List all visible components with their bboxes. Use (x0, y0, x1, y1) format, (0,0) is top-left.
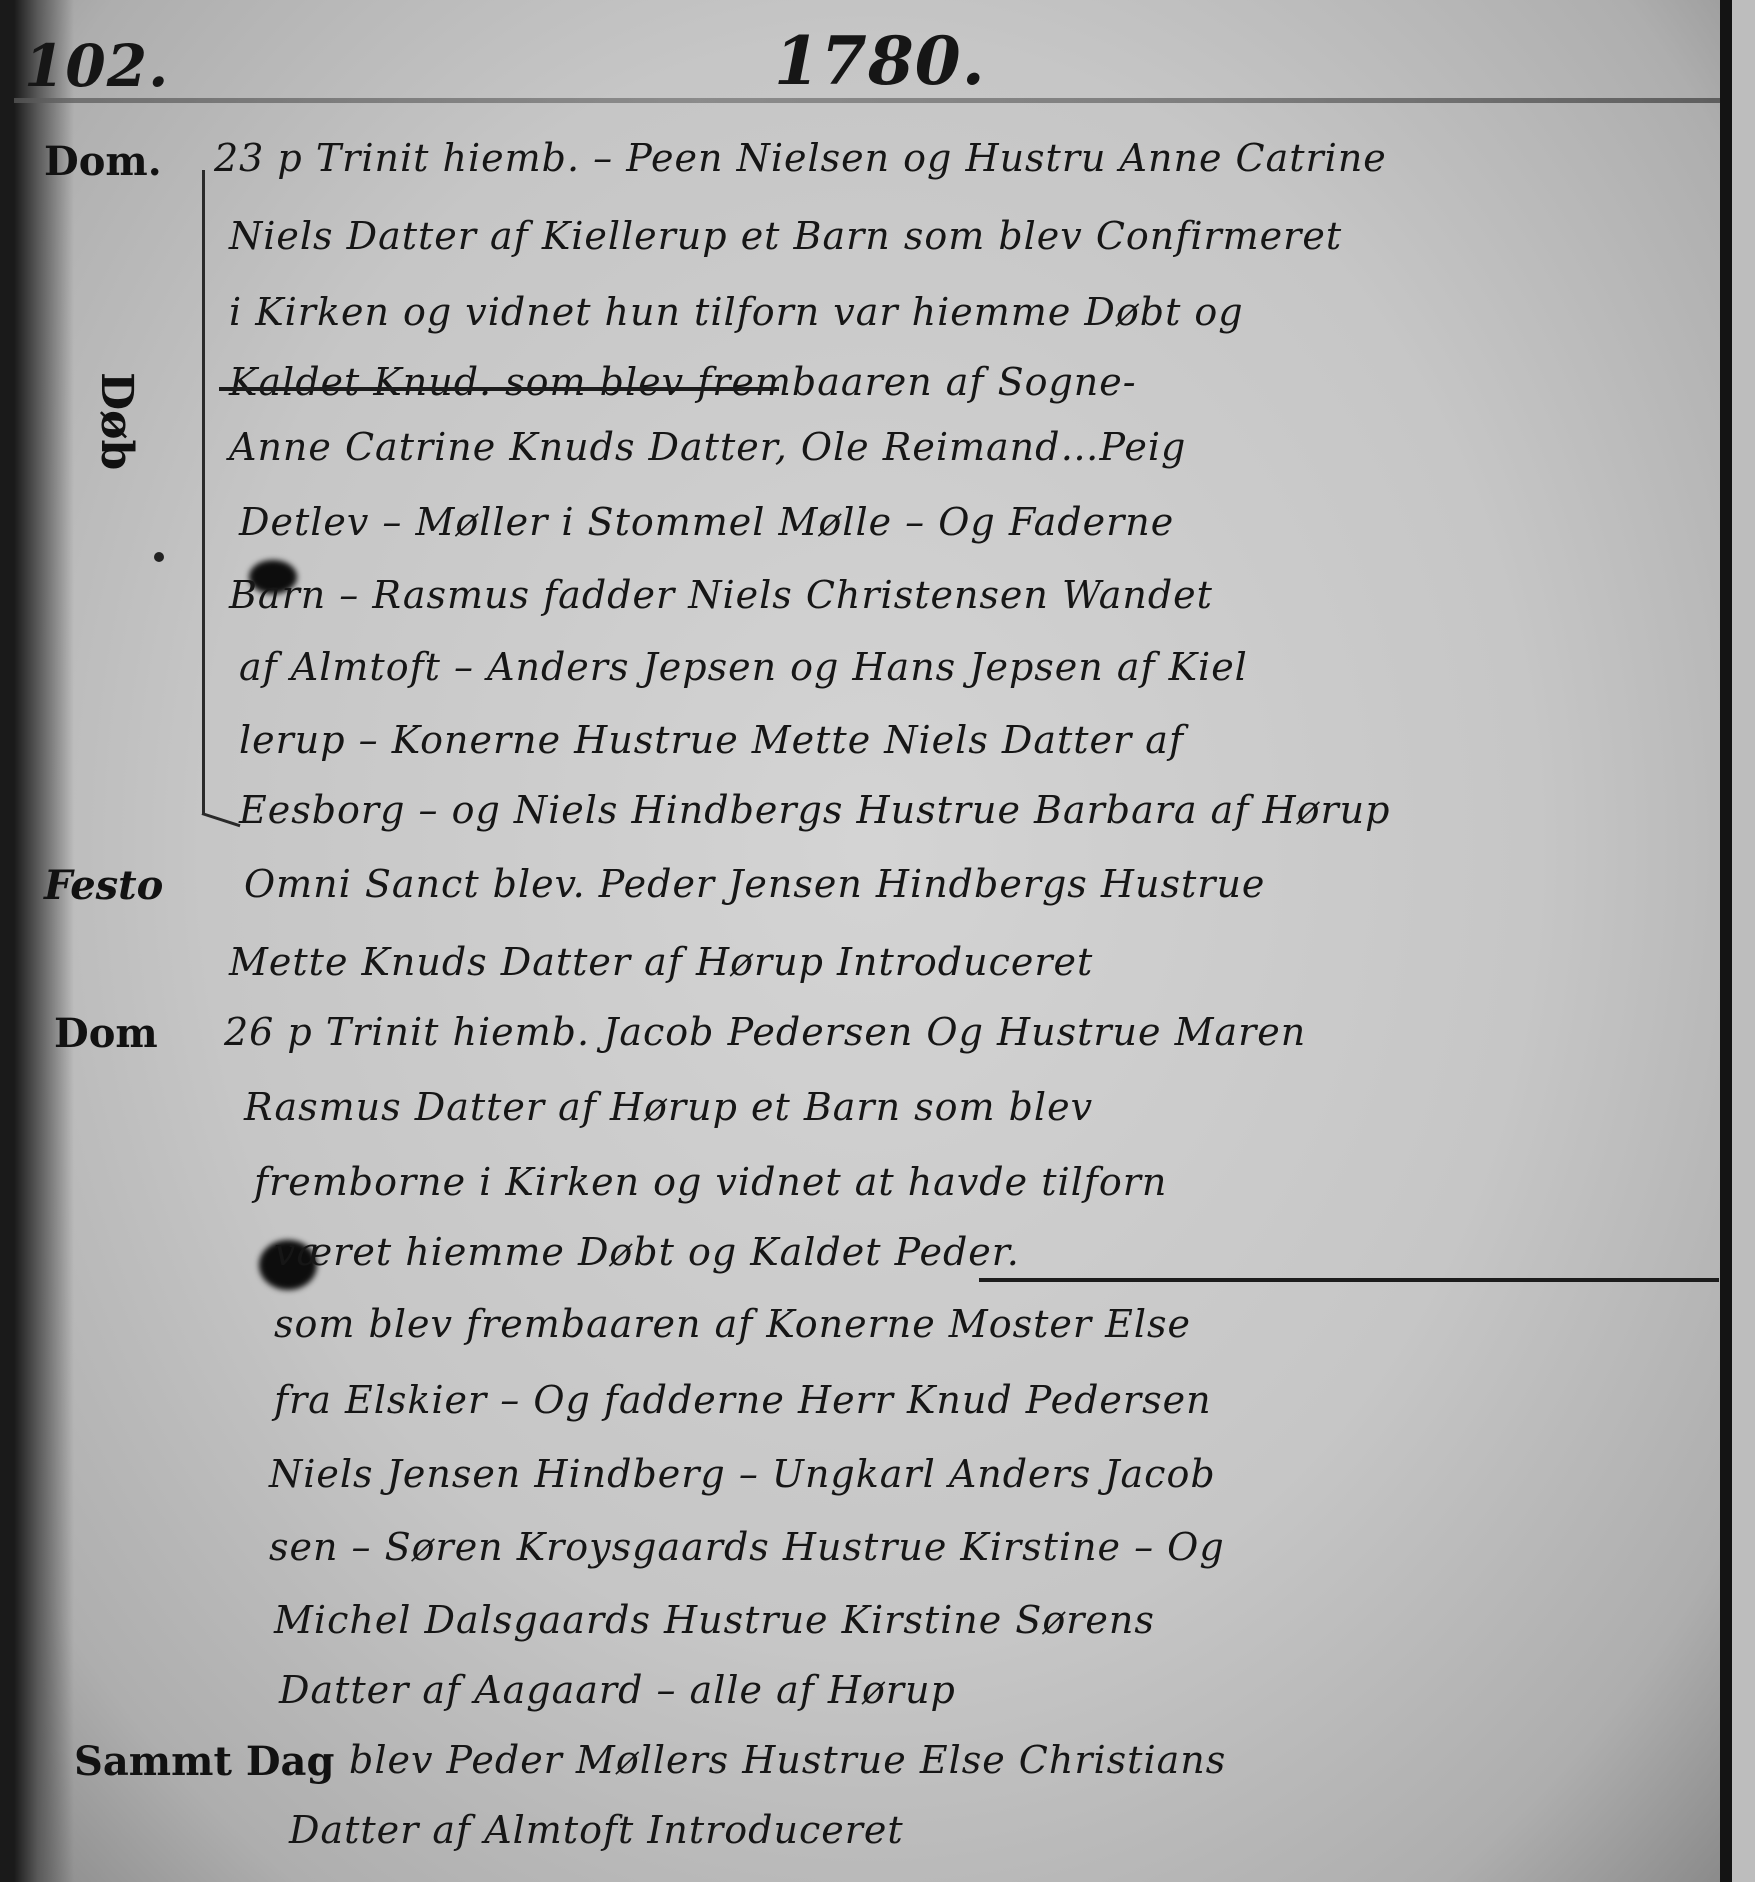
entry-3-line-2: Rasmus Datter af Hørup et Barn som blev (244, 1085, 1093, 1129)
name-underline-peder (979, 1278, 1719, 1282)
ink-dot (154, 552, 164, 562)
entry-1-line-10: Eesborg – og Niels Hindbergs Hustrue Bar… (239, 788, 1390, 832)
entry-1-line-3: i Kirken og vidnet hun tilforn var hiemm… (229, 290, 1244, 334)
page-gutter-shadow (14, 0, 74, 1882)
entry-3-line-9: Michel Dalsgaards Hustrue Kirstine Søren… (274, 1598, 1155, 1642)
name-underline-knud (219, 387, 779, 391)
entry-3-line-8: sen – Søren Kroysgaards Hustrue Kirstine… (269, 1525, 1225, 1569)
entry-1-line-6: Detlev – Møller i Stommel Mølle – Og Fad… (239, 500, 1174, 544)
adjacent-page-strip (1732, 0, 1755, 1882)
page-edge-border (1720, 0, 1732, 1882)
entry-4-line-1: blev Peder Møllers Hustrue Else Christia… (349, 1738, 1226, 1782)
entry-bracket-rule (202, 170, 205, 815)
entry-1-line-9: lerup – Konerne Hustrue Mette Niels Datt… (239, 718, 1184, 762)
page-number: 102. (24, 32, 169, 100)
register-page: 102. 1780. Døb Dom. 23 p Trinit hiemb. –… (14, 0, 1726, 1882)
side-annotation: Døb (91, 372, 142, 470)
entry-2-line-1: Omni Sanct blev. Peder Jensen Hindbergs … (244, 862, 1265, 906)
entry-bracket-foot (202, 812, 241, 827)
entry-3-line-3: fremborne i Kirken og vidnet at havde ti… (254, 1160, 1167, 1204)
entry-1-line-7: Barn – Rasmus fadder Niels Christensen W… (229, 573, 1213, 617)
margin-label-sammt-dag: Sammt Dag (74, 1738, 334, 1785)
entry-2-line-2: Mette Knuds Datter af Hørup Introduceret (229, 940, 1093, 984)
margin-label-dom-2: Dom (54, 1010, 158, 1057)
entry-3-line-7: Niels Jensen Hindberg – Ungkarl Anders J… (269, 1452, 1216, 1496)
entry-3-line-5: som blev frembaaren af Konerne Moster El… (274, 1302, 1191, 1346)
entry-3-line-6: fra Elskier – Og fadderne Herr Knud Pede… (274, 1378, 1212, 1422)
entry-1-line-8: af Almtoft – Anders Jepsen og Hans Jepse… (239, 645, 1248, 689)
entry-3-line-1: 26 p Trinit hiemb. Jacob Pedersen Og Hus… (224, 1010, 1306, 1054)
margin-label-dom-1: Dom. (44, 138, 162, 185)
entry-1-line-5: Anne Catrine Knuds Datter, Ole Reimand…P… (229, 425, 1186, 469)
entry-3-line-10: Datter af Aagaard – alle af Hørup (279, 1668, 956, 1712)
entry-1-line-4: Kaldet Knud. som blev frembaaren af Sogn… (229, 360, 1137, 404)
entry-4-line-2: Datter af Almtoft Introduceret (289, 1808, 904, 1852)
year-heading: 1780. (774, 22, 986, 100)
margin-label-festo: Festo (44, 862, 163, 909)
entry-3-line-4: været hiemme Døbt og Kaldet Peder. (274, 1230, 1020, 1274)
entry-1-line-2: Niels Datter af Kiellerup et Barn som bl… (229, 214, 1342, 258)
entry-1-line-1: 23 p Trinit hiemb. – Peen Nielsen og Hus… (214, 136, 1387, 180)
